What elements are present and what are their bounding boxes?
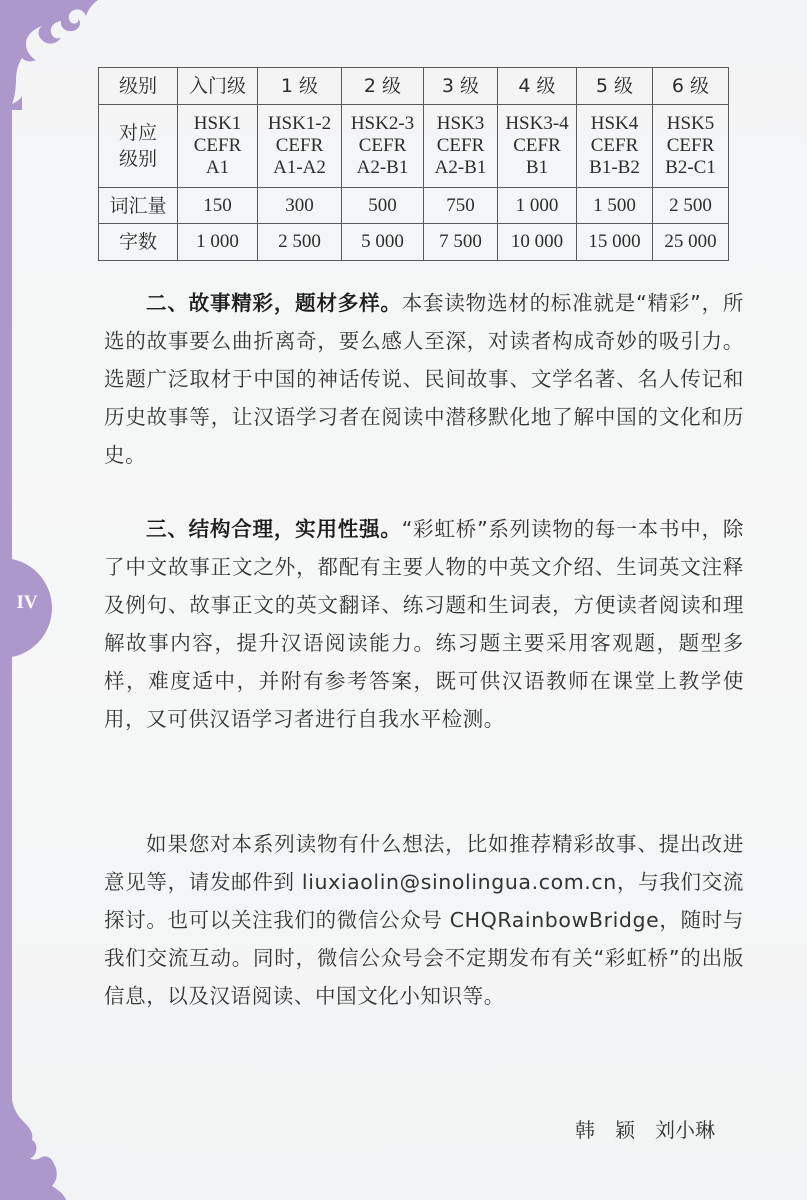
table-cell: 入门级 <box>178 68 258 105</box>
section-contact: 如果您对本系列读物有什么想法，比如推荐精彩故事、提出改进意见等，请发邮件到 li… <box>104 825 744 1015</box>
table-cell: 4 级 <box>498 68 577 105</box>
table-cell: 500 <box>342 188 424 224</box>
cefr-label: CEFR <box>342 135 423 157</box>
table-row-character-count: 字数 1 000 2 500 5 000 7 500 10 000 15 000… <box>99 224 729 261</box>
hsk-level: HSK3-4 <box>498 113 576 135</box>
section-structure: 三、结构合理，实用性强。“彩虹桥”系列读物的每一本书中，除了中文故事正文之外，都… <box>104 510 744 738</box>
section-story-variety: 二、故事精彩，题材多样。本套读物选材的标准就是“精彩”，所选的故事要么曲折离奇，… <box>104 284 744 474</box>
cefr-label: CEFR <box>258 135 341 157</box>
hsk-level: HSK5 <box>653 113 728 135</box>
row-label-line: 级别 <box>99 146 177 172</box>
table-cell: 1 000 <box>498 188 577 224</box>
cefr-level: A2-B1 <box>342 157 423 179</box>
table-cell: 6 级 <box>653 68 729 105</box>
table-cell: 750 <box>424 188 498 224</box>
row-label-line: 对应 <box>99 120 177 146</box>
table-cell: HSK2-3 CEFR A2-B1 <box>342 105 424 188</box>
cefr-label: CEFR <box>653 135 728 157</box>
table-cell: 3 级 <box>424 68 498 105</box>
table-cell: HSK3-4 CEFR B1 <box>498 105 577 188</box>
cefr-level: B2-C1 <box>653 157 728 179</box>
paragraph-text: 本套读物选材的标准就是“精彩”，所选的故事要么曲折离奇，要么感人至深，对读者构成… <box>104 291 744 467</box>
table-cell: 1 500 <box>577 188 653 224</box>
cefr-level: B1 <box>498 157 576 179</box>
table-cell: 2 500 <box>258 224 342 261</box>
hsk-level: HSK2-3 <box>342 113 423 135</box>
author-name: 刘小琳 <box>655 1118 715 1142</box>
level-table: 级别 入门级 1 级 2 级 3 级 4 级 5 级 6 级 对应 级别 HSK… <box>98 67 729 261</box>
cefr-level: A1 <box>178 157 257 179</box>
table-cell: HSK1 CEFR A1 <box>178 105 258 188</box>
row-label: 词汇量 <box>99 188 178 224</box>
section-heading: 二、故事精彩，题材多样。 <box>146 291 402 315</box>
hsk-level: HSK1-2 <box>258 113 341 135</box>
page-number: IV <box>12 592 42 614</box>
table-cell: HSK4 CEFR B1-B2 <box>577 105 653 188</box>
section-heading: 三、结构合理，实用性强。 <box>146 517 402 541</box>
table-cell: 7 500 <box>424 224 498 261</box>
cefr-label: CEFR <box>577 135 652 157</box>
row-label: 对应 级别 <box>99 105 178 188</box>
cefr-label: CEFR <box>498 135 576 157</box>
table-cell: 5 级 <box>577 68 653 105</box>
paragraph: 如果您对本系列读物有什么想法，比如推荐精彩故事、提出改进意见等，请发邮件到 li… <box>104 825 744 1015</box>
table-cell: 10 000 <box>498 224 577 261</box>
paragraph: 二、故事精彩，题材多样。本套读物选材的标准就是“精彩”，所选的故事要么曲折离奇，… <box>104 284 744 474</box>
cefr-level: A1-A2 <box>258 157 341 179</box>
table-cell: 1 000 <box>178 224 258 261</box>
paragraph-text: 如果您对本系列读物有什么想法，比如推荐精彩故事、提出改进意见等，请发邮件到 li… <box>104 832 744 1008</box>
row-label: 级别 <box>99 68 178 105</box>
table-cell: 15 000 <box>577 224 653 261</box>
paragraph-text: “彩虹桥”系列读物的每一本书中，除了中文故事正文之外，都配有主要人物的中英文介绍… <box>104 517 744 731</box>
cefr-label: CEFR <box>424 135 497 157</box>
table-cell: 25 000 <box>653 224 729 261</box>
table-cell: 5 000 <box>342 224 424 261</box>
table-cell: HSK5 CEFR B2-C1 <box>653 105 729 188</box>
signature: 韩 颖刘小琳 <box>575 1114 715 1143</box>
cefr-level: B1-B2 <box>577 157 652 179</box>
cefr-label: CEFR <box>178 135 257 157</box>
table-cell: 150 <box>178 188 258 224</box>
cefr-level: A2-B1 <box>424 157 497 179</box>
table-row-vocabulary: 词汇量 150 300 500 750 1 000 1 500 2 500 <box>99 188 729 224</box>
table-cell: 2 级 <box>342 68 424 105</box>
table-cell: 300 <box>258 188 342 224</box>
author-name: 韩 颖 <box>575 1118 635 1142</box>
table-cell: HSK3 CEFR A2-B1 <box>424 105 498 188</box>
paragraph: 三、结构合理，实用性强。“彩虹桥”系列读物的每一本书中，除了中文故事正文之外，都… <box>104 510 744 738</box>
table-row-level: 级别 入门级 1 级 2 级 3 级 4 级 5 级 6 级 <box>99 68 729 105</box>
row-label: 字数 <box>99 224 178 261</box>
hsk-level: HSK3 <box>424 113 497 135</box>
table-cell: 1 级 <box>258 68 342 105</box>
hsk-level: HSK4 <box>577 113 652 135</box>
table-cell: HSK1-2 CEFR A1-A2 <box>258 105 342 188</box>
hsk-level: HSK1 <box>178 113 257 135</box>
cloud-ornament-bottom-icon <box>0 1100 80 1200</box>
table-row-mapping: 对应 级别 HSK1 CEFR A1 HSK1-2 CEFR A1-A2 HSK… <box>99 105 729 188</box>
table-cell: 2 500 <box>653 188 729 224</box>
cloud-ornament-top-icon <box>0 0 100 110</box>
